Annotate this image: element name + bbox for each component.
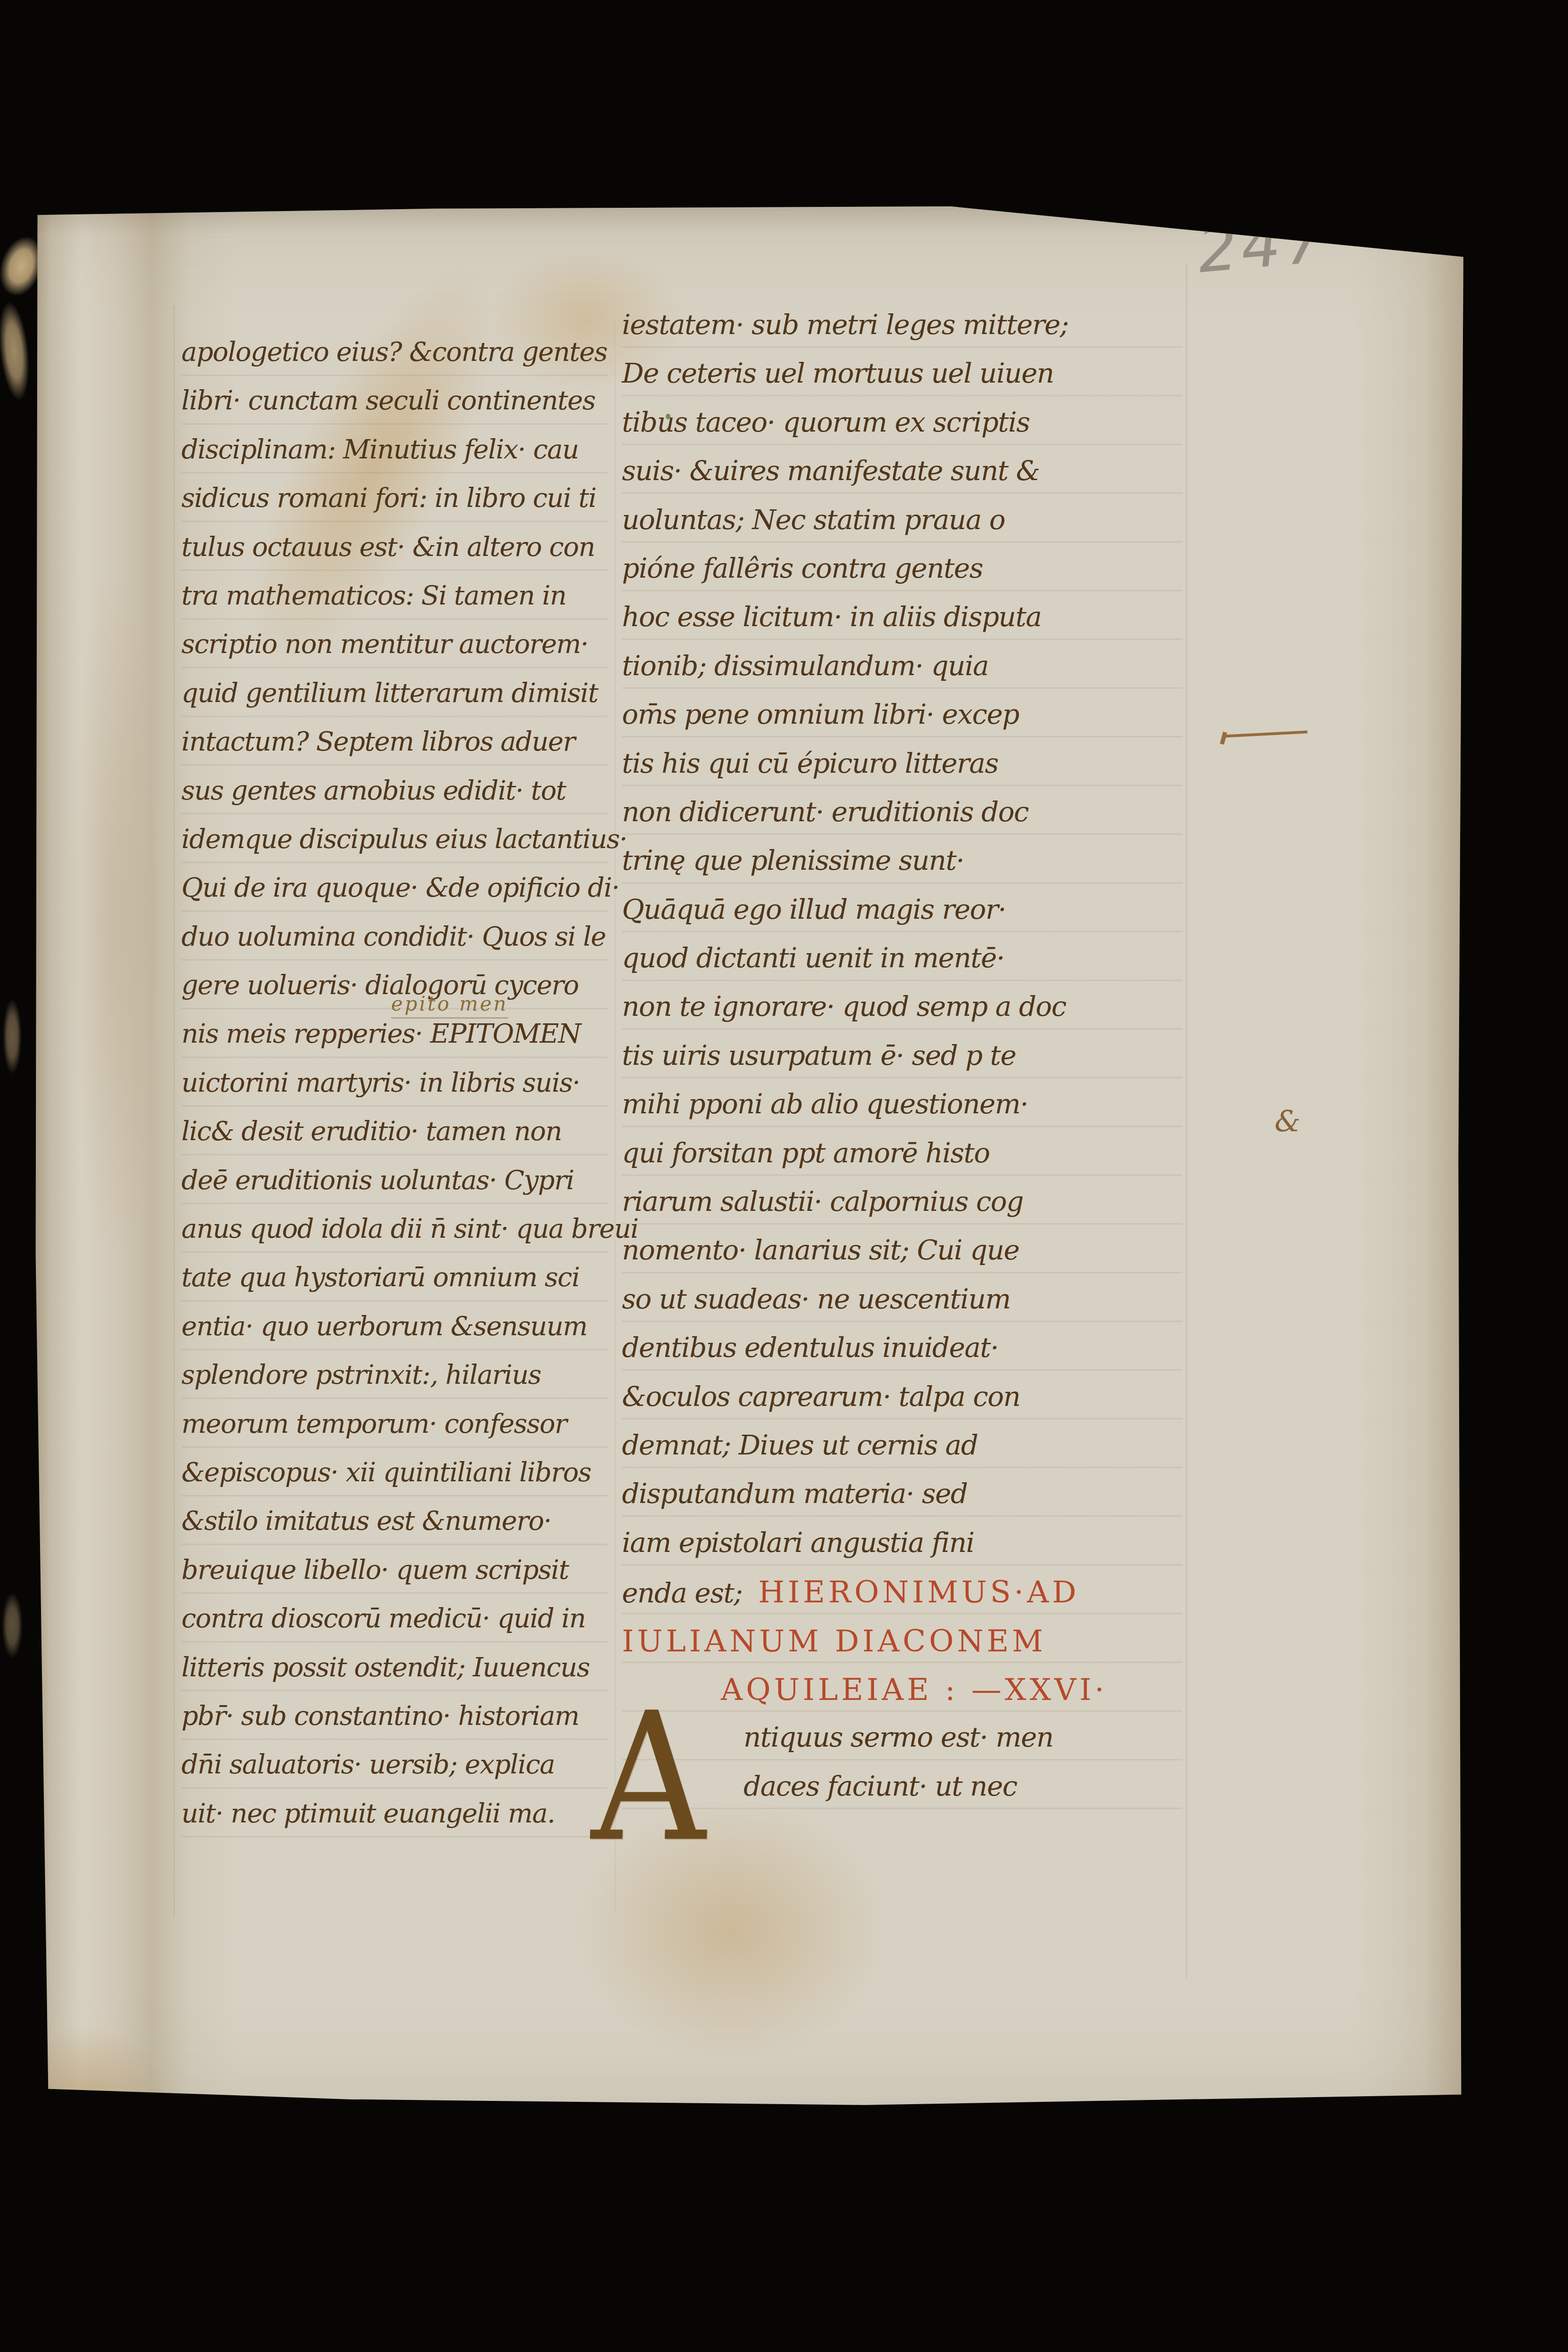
line-text: breuique libello· quem scripsit — [181, 1555, 569, 1585]
manuscript-line: uit· nec ptimuit euangelii ma. — [181, 1798, 608, 1847]
line-text: suis· &uires manifestate sunt & — [622, 455, 1039, 487]
manuscript-line: tis his qui cū épicuro litteras — [622, 747, 1183, 796]
line-text: enda est; — [622, 1577, 742, 1609]
text-column-left: apologetico eius? &contra genteslibri· c… — [181, 337, 608, 1847]
line-text: tra mathematicos: Si tamen in — [181, 580, 566, 611]
line-text: duo uolumina condidit· Quos si le — [181, 922, 605, 952]
manuscript-line: disciplinam: Minutius felix· cau — [181, 434, 608, 483]
line-text: uoluntas; Nec statim praua o — [622, 504, 1005, 536]
manuscript-line: quod dictanti uenit in mentē· — [622, 942, 1183, 990]
manuscript-line: tulus octauus est· &in altero con — [181, 532, 608, 580]
manuscript-line: duo uolumina condidit· Quos si le — [181, 922, 608, 970]
line-text: dentibus edentulus inuideat· — [622, 1331, 998, 1364]
manuscript-line: tra mathematicos: Si tamen in — [181, 580, 608, 629]
manuscript-line: tis uiris usurpatum ē· sed p te — [622, 1039, 1183, 1088]
line-text: tate qua hystoriarū omnium sci — [181, 1262, 580, 1293]
ruling-line-vertical — [1186, 263, 1187, 1978]
line-text: iestatem· sub metri leges mittere; — [622, 309, 1069, 341]
ruling-line-vertical — [173, 305, 175, 1917]
line-text: intactum? Septem libros aduer — [181, 727, 575, 757]
manuscript-line: mihi pponi ab alio questionem· — [622, 1088, 1183, 1136]
binding-thread — [3, 999, 22, 1074]
manuscript-line: &stilo imitatus est &numero· — [181, 1506, 608, 1554]
page-number: 247 — [1195, 204, 1331, 287]
line-text: contra dioscorū medicū· quid in — [181, 1603, 586, 1634]
manuscript-line: sus gentes arnobius edidit· tot — [181, 776, 608, 824]
line-text: tulus octauus est· &in altero con — [181, 532, 595, 563]
manuscript-line: nis meis repperies· EPITOMEN — [181, 1019, 608, 1067]
line-text: nomento· lanarius sit; Cui que — [622, 1234, 1019, 1266]
manuscript-line: non didicerunt· eruditionis doc — [622, 796, 1183, 844]
parchment-stain — [67, 564, 161, 1271]
line-text: meorum temporum· confessor — [181, 1409, 567, 1439]
line-text: trinę que plenissime sunt· — [622, 844, 964, 876]
line-text: uit· nec ptimuit euangelii ma. — [181, 1798, 555, 1829]
manuscript-line: disputandum materia· sed — [622, 1478, 1183, 1526]
line-text: om̄s pene omnium libri· excep — [622, 698, 1019, 730]
manuscript-page: 247 apologetico eius? &contra genteslibr… — [34, 206, 1466, 2114]
manuscript-line: so ut suadeas· ne uescentium — [622, 1283, 1183, 1331]
manuscript-line: sidicus romani fori: in libro cui ti — [181, 483, 608, 531]
manuscript-line: hoc esse licitum· in aliis disputa — [622, 601, 1183, 649]
manuscript-line: intactum? Septem libros aduer — [181, 727, 608, 775]
parchment-stain — [6, 2025, 166, 2166]
manuscript-line: idemque discipulus eius lactantius· — [181, 824, 608, 873]
manuscript-line: iestatem· sub metri leges mittere; — [622, 309, 1183, 357]
manuscript-line: nomento· lanarius sit; Cui que — [622, 1234, 1183, 1282]
line-text: hoc esse licitum· in aliis disputa — [622, 601, 1041, 633]
line-text: pbr̄· sub constantino· historiam — [181, 1701, 579, 1731]
manuscript-line: deē eruditionis uoluntas· Cypri — [181, 1165, 608, 1214]
line-text: lic& desit eruditio· tamen non — [181, 1116, 562, 1147]
line-text: so ut suadeas· ne uescentium — [622, 1283, 1011, 1315]
line-text: dn̄i saluatoris· uersib; explica — [181, 1749, 555, 1780]
line-text: disciplinam: Minutius felix· cau — [181, 434, 579, 465]
manuscript-line: contra dioscorū medicū· quid in — [181, 1603, 608, 1652]
manuscript-line: qui forsitan ppt amorē histo — [622, 1137, 1183, 1185]
manuscript-line: quid gentilium litterarum dimisit — [181, 678, 608, 727]
line-text: iam epistolari angustia fini — [622, 1527, 974, 1559]
line-text: nis meis repperies· EPITOMEN — [181, 1019, 580, 1049]
margin-mark-ampersand: & — [1274, 1104, 1300, 1138]
line-text: &episcopus· xii quintiliani libros — [181, 1457, 591, 1488]
line-text: riarum salustii· calpornius cog — [622, 1185, 1023, 1217]
manuscript-line: IULIANUM DIACONEM — [622, 1624, 1183, 1673]
manuscript-photograph: 247 apologetico eius? &contra genteslibr… — [0, 0, 1568, 2352]
line-text: qui forsitan ppt amorē histo — [622, 1137, 989, 1169]
manuscript-line: scriptio non mentitur auctorem· — [181, 629, 608, 678]
line-text: De ceteris uel mortuus uel uiuen — [622, 357, 1053, 389]
line-text: tibus taceo· quorum ex scriptis — [622, 406, 1029, 438]
manuscript-line: suis· &uires manifestate sunt & — [622, 455, 1183, 503]
line-text: &stilo imitatus est &numero· — [181, 1506, 551, 1536]
line-text: daces faciunt· ut nec — [743, 1770, 1017, 1802]
binding-thread — [2, 1592, 23, 1658]
line-text: non te ignorare· quod semp a doc — [622, 990, 1066, 1022]
line-text: disputandum materia· sed — [622, 1478, 967, 1510]
manuscript-line: iam epistolari angustia fini — [622, 1527, 1183, 1575]
line-text: gere uolueris· dialogorū cycero — [181, 970, 579, 1001]
line-text: scriptio non mentitur auctorem· — [181, 629, 588, 660]
line-text: demnat; Diues ut cernis ad — [622, 1429, 978, 1461]
initial-letter-A: A — [590, 1690, 710, 1867]
manuscript-line: trinę que plenissime sunt· — [622, 844, 1183, 893]
rubric-text: HIERONIMUS·AD — [758, 1575, 1079, 1610]
manuscript-line: tibus taceo· quorum ex scriptis — [622, 406, 1183, 455]
line-text: anus quod idola dii n̄ sint· qua breui — [181, 1214, 638, 1244]
manuscript-line: dentibus edentulus inuideat· — [622, 1331, 1183, 1380]
line-text: tis uiris usurpatum ē· sed p te — [622, 1039, 1016, 1071]
manuscript-line: anus quod idola dii n̄ sint· qua breui — [181, 1214, 608, 1262]
line-text: Quāquā ego illud magis reor· — [622, 893, 1006, 925]
line-text: uictorini martyris· in libris suis· — [181, 1068, 580, 1098]
manuscript-line: pióne fallêris contra gentes — [622, 552, 1183, 601]
manuscript-line: De ceteris uel mortuus uel uiuen — [622, 357, 1183, 406]
line-text: ntiquus sermo est· men — [743, 1721, 1053, 1753]
manuscript-line: tate qua hystoriarū omnium sci — [181, 1262, 608, 1311]
manuscript-line: riarum salustii· calpornius cog — [622, 1185, 1183, 1234]
manuscript-line: splendore pstrinxit:, hilarius — [181, 1360, 608, 1408]
rubric-text: AQUILEIAE : —XXVI· — [721, 1673, 1108, 1707]
line-text: apologetico eius? &contra gentes — [181, 337, 607, 367]
manuscript-line: &episcopus· xii quintiliani libros — [181, 1457, 608, 1506]
manuscript-line: libri· cunctam seculi continentes — [181, 385, 608, 434]
interlinear-gloss: epito men — [391, 992, 508, 1019]
manuscript-line: litteris possit ostendit; Iuuencus — [181, 1652, 608, 1701]
manuscript-line: entia· quo uerborum &sensuum — [181, 1311, 608, 1360]
manuscript-line: meorum temporum· confessor — [181, 1409, 608, 1457]
line-text: sus gentes arnobius edidit· tot — [181, 776, 566, 806]
manuscript-line: uictorini martyris· in libris suis· — [181, 1068, 608, 1116]
binding-thread — [0, 300, 33, 401]
line-text: tis his qui cū épicuro litteras — [622, 747, 998, 779]
line-text: idemque discipulus eius lactantius· — [181, 824, 627, 855]
line-text: deē eruditionis uoluntas· Cypri — [181, 1165, 574, 1196]
manuscript-line: demnat; Diues ut cernis ad — [622, 1429, 1183, 1478]
manuscript-line: dn̄i saluatoris· uersib; explica — [181, 1749, 608, 1798]
line-text: entia· quo uerborum &sensuum — [181, 1311, 587, 1342]
margin-mark-dash — [1225, 730, 1307, 737]
line-text: litteris possit ostendit; Iuuencus — [181, 1652, 589, 1683]
line-text: mihi pponi ab alio questionem· — [622, 1088, 1028, 1120]
manuscript-line: tionib; dissimulandum· quia — [622, 650, 1183, 698]
line-text: pióne fallêris contra gentes — [622, 552, 983, 584]
manuscript-line: Quāquā ego illud magis reor· — [622, 893, 1183, 942]
manuscript-line: enda est;HIERONIMUS·AD — [622, 1575, 1183, 1624]
manuscript-line: &oculos caprearum· talpa con — [622, 1380, 1183, 1429]
line-text: &oculos caprearum· talpa con — [622, 1380, 1020, 1413]
line-text: splendore pstrinxit:, hilarius — [181, 1360, 541, 1390]
manuscript-line: non te ignorare· quod semp a doc — [622, 990, 1183, 1039]
line-text: quod dictanti uenit in mentē· — [622, 942, 1004, 974]
line-text: Qui de ira quoque· &de opificio di· — [181, 873, 619, 903]
manuscript-line: apologetico eius? &contra gentes — [181, 337, 608, 385]
manuscript-line: lic& desit eruditio· tamen non — [181, 1116, 608, 1165]
manuscript-line: uoluntas; Nec statim praua o — [622, 504, 1183, 552]
line-text: quid gentilium litterarum dimisit — [181, 678, 598, 709]
manuscript-line: breuique libello· quem scripsit — [181, 1555, 608, 1603]
line-text: tionib; dissimulandum· quia — [622, 650, 988, 682]
line-text: non didicerunt· eruditionis doc — [622, 796, 1029, 828]
ruling-line-vertical — [614, 319, 616, 1912]
manuscript-line: pbr̄· sub constantino· historiam — [181, 1701, 608, 1749]
manuscript-line: Qui de ira quoque· &de opificio di· — [181, 873, 608, 921]
rubric-text: IULIANUM DIACONEM — [622, 1624, 1046, 1659]
text-column-right: iestatem· sub metri leges mittere;De cet… — [622, 309, 1183, 1819]
manuscript-line: om̄s pene omnium libri· excep — [622, 698, 1183, 747]
line-text: libri· cunctam seculi continentes — [181, 385, 595, 416]
line-text: sidicus romani fori: in libro cui ti — [181, 483, 596, 514]
